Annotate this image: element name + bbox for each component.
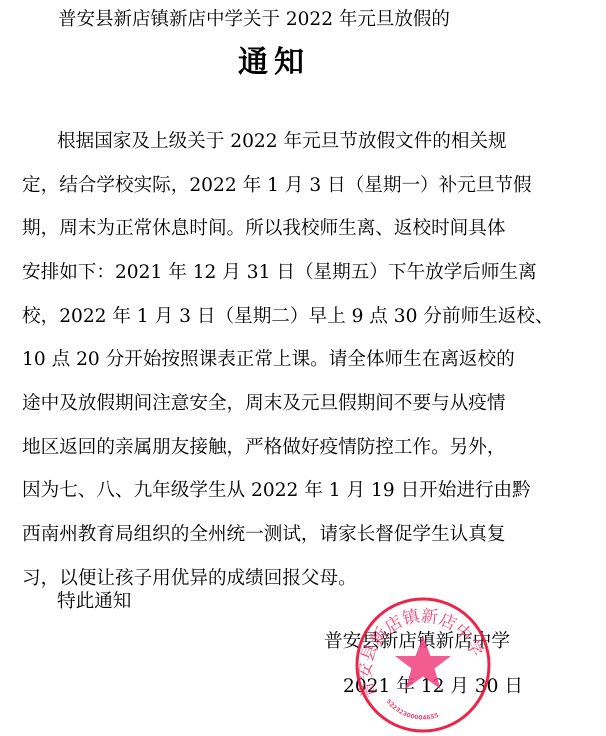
closing-text: 特此通知 [57,591,131,613]
body-line: 因为七、八、九年级学生从 2022 年 1 月 19 日开始进行由黔 [22,480,531,502]
body-line: 期，周末为正常休息时间。所以我校师生离、返校时间具体 [22,218,505,240]
body-line: 定，结合学校实际，2022 年 1 月 3 日（星期一）补元旦节假 [22,175,532,197]
body-line: 途中及放假期间注意安全，周末及元旦假期间不要与从疫情 [22,393,505,415]
body-line: 地区返回的亲属朋友接触，严格做好疫情防控工作。另外， [22,437,505,459]
official-seal-stamp: 普安县新店镇新店中学 52232300004655 [354,596,492,734]
stamp-serial: 52232300004655 [385,698,440,722]
body-line: 习，以便让孩子用优异的成绩回报父母。 [22,568,357,590]
body-line: 10 点 20 分开始按照课表正常上课。请全体师生在离返校的 [22,349,515,371]
signature-date: 2021 年 12 月 30 日 [343,676,523,698]
notice-title: 通知 [238,45,310,81]
notice-subtitle: 普安县新店镇新店中学关于 2022 年元旦放假的 [58,9,450,31]
body-line: 校，2022 年 1 月 3 日（星期二）早上 9 点 30 分前师生返校、 [22,306,554,328]
signature-organization: 普安县新店镇新店中学 [324,631,510,653]
body-line: 西南州教育局组织的全州统一测试，请家长督促学生认真复 [22,524,505,546]
body-line: 根据国家及上级关于 2022 年元旦节放假文件的相关规 [57,131,507,153]
body-line: 安排如下：2021 年 12 月 31 日（星期五）下午放学后师生离 [22,262,537,284]
